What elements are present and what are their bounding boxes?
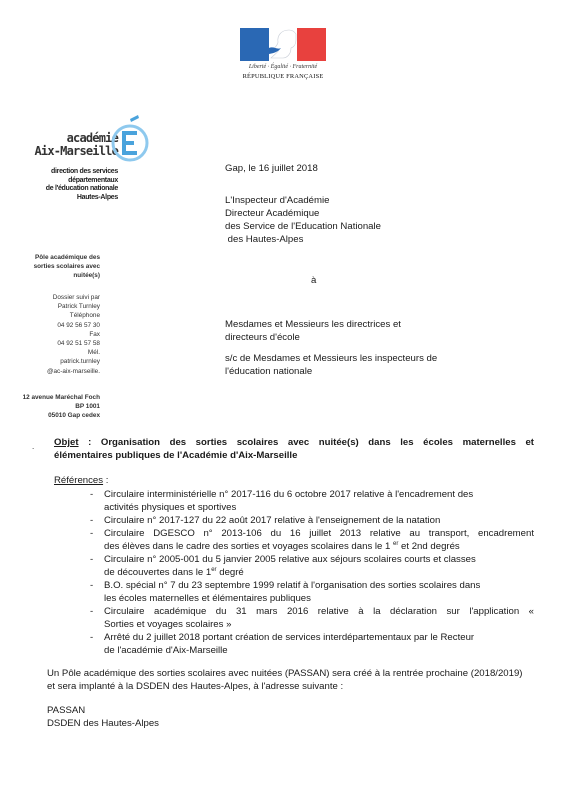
address-line: DSDEN des Hautes-Alpes	[47, 717, 159, 730]
reference-item: - B.O. spécial n° 7 du 23 septembre 1999…	[104, 579, 534, 605]
reference-item: - Circulaire DGESCO n° 2013-106 du 16 ju…	[104, 527, 534, 553]
academie-region: Aix-Marseille	[34, 145, 118, 158]
reference-line: activités physiques et sportives	[104, 501, 534, 514]
references-label: Références	[54, 475, 103, 486]
dash-bullet: -	[90, 488, 93, 501]
flag-white-band	[269, 28, 297, 61]
reference-line: Circulaire académique du 31 mars 2016 re…	[104, 605, 534, 618]
recipients-block: Mesdames et Messieurs les directrices et…	[225, 318, 401, 344]
reference-text: des élèves dans le cadre des sorties et …	[104, 541, 393, 552]
sender-line: L'Inspecteur d'Académie	[225, 194, 381, 207]
address-block: PASSAN DSDEN des Hautes-Alpes	[47, 704, 159, 730]
direction-line: départementaux	[46, 177, 118, 186]
cc-line: l'éducation nationale	[225, 365, 437, 378]
recipient-line: directeurs d'école	[225, 331, 401, 344]
reference-line: Circulaire interministérielle n° 2017-11…	[104, 488, 534, 501]
reference-line: Circulaire n° 2005-001 du 5 janvier 2005…	[104, 553, 534, 566]
cc-block: s/c de Mesdames et Messieurs les inspect…	[225, 352, 437, 378]
dash-bullet: -	[90, 514, 93, 527]
reference-text: et 2nd degrés	[398, 541, 459, 552]
paragraph-line: et sera implanté à la DSDEN des Hautes-A…	[47, 680, 547, 693]
reference-item: - Circulaire n° 2005-001 du 5 janvier 20…	[104, 553, 534, 579]
dash-bullet: -	[90, 631, 93, 644]
direction-line: direction des services	[46, 168, 118, 177]
address-line: PASSAN	[47, 704, 159, 717]
reference-item: - Circulaire n° 2017-127 du 22 août 2017…	[104, 514, 534, 527]
republique-francaise-logo: Liberté · Égalité · Fraternité RÉPUBLIQU…	[240, 28, 326, 84]
sender-line: des Hautes-Alpes	[225, 233, 381, 246]
body-paragraph: Un Pôle académique des sorties scolaires…	[47, 667, 547, 693]
reference-line: B.O. spécial n° 7 du 23 septembre 1999 r…	[104, 579, 534, 592]
email-label: Mél.	[47, 348, 100, 357]
place-date: Gap, le 16 juillet 2018	[225, 162, 318, 175]
cc-line: s/c de Mesdames et Messieurs les inspect…	[225, 352, 437, 365]
service-line: nuitée(s)	[34, 271, 100, 280]
object-block: Objet : Organisation des sorties scolair…	[54, 436, 534, 462]
contact-label: Dossier suivi par	[47, 293, 100, 302]
object-text: Organisation des sorties scolaires avec …	[101, 437, 534, 448]
email-domain: @ac-aix-marseille.	[47, 367, 100, 376]
address-city: 05010 Gap cedex	[23, 411, 100, 420]
republic-motto: Liberté · Égalité · Fraternité	[240, 63, 326, 71]
reference-item: - Circulaire interministérielle n° 2017-…	[104, 488, 534, 514]
direction-services: direction des services départementaux de…	[46, 168, 118, 202]
reference-line: les écoles maternelles et élémentaires p…	[104, 592, 534, 605]
dash-bullet: -	[90, 553, 93, 566]
reference-text: de découvertes dans le 1	[104, 567, 211, 578]
phone-number: 04 92 56 57 30	[47, 321, 100, 330]
service-line: sorties scolaires avec	[34, 262, 100, 271]
fax-label: Fax	[47, 330, 100, 339]
reference-line: Arrêté du 2 juillet 2018 portant créatio…	[104, 631, 534, 644]
reference-item: - Circulaire académique du 31 mars 2016 …	[104, 605, 534, 631]
margin-mark: .	[32, 440, 34, 453]
sidebar-service: Pôle académique des sorties scolaires av…	[34, 253, 100, 281]
sender-line: des Service de l'Education Nationale	[225, 220, 381, 233]
references-separator: :	[103, 475, 108, 486]
object-label: Objet	[54, 437, 79, 448]
reference-item: - Arrêté du 2 juillet 2018 portant créat…	[104, 631, 534, 657]
reference-line: Circulaire n° 2017-127 du 22 août 2017 r…	[104, 514, 534, 527]
sender-block: L'Inspecteur d'Académie Directeur Académ…	[225, 194, 381, 246]
reference-line: Sorties et voyages scolaires »	[104, 618, 534, 631]
object-line-2: élémentaires publiques de l'Académie d'A…	[54, 449, 534, 462]
marianne-profile-icon	[269, 28, 297, 61]
phone-label: Téléphone	[47, 311, 100, 320]
reference-line: de découvertes dans le 1er degré	[104, 566, 534, 579]
academie-logo: académie Aix-Marseille direction des ser…	[20, 110, 150, 210]
direction-line: de l'éducation nationale	[46, 185, 118, 194]
academie-e-mark-icon	[110, 115, 150, 163]
address-street: 12 avenue Maréchal Foch	[23, 393, 100, 402]
sidebar-contact: Dossier suivi par Patrick Turnley Téléph…	[47, 293, 100, 376]
addressee-to: à	[311, 274, 316, 287]
direction-line: Hautes-Alpes	[46, 194, 118, 203]
reference-line: des élèves dans le cadre des sorties et …	[104, 540, 534, 553]
sender-line: Directeur Académique	[225, 207, 381, 220]
recipient-line: Mesdames et Messieurs les directrices et	[225, 318, 401, 331]
object-line-1: Objet : Organisation des sorties scolair…	[54, 436, 534, 449]
service-line: Pôle académique des	[34, 253, 100, 262]
reference-text: degré	[217, 567, 244, 578]
dash-bullet: -	[90, 527, 93, 540]
republic-name: RÉPUBLIQUE FRANÇAISE	[240, 73, 326, 81]
fax-number: 04 92 51 57 58	[47, 339, 100, 348]
dash-bullet: -	[90, 579, 93, 592]
paragraph-line: Un Pôle académique des sorties scolaires…	[47, 667, 547, 680]
flag-blue-band	[240, 28, 269, 61]
sidebar-address: 12 avenue Maréchal Foch BP 1001 05010 Ga…	[23, 393, 100, 421]
reference-line: de l'académie d'Aix-Marseille	[104, 644, 534, 657]
references-list: - Circulaire interministérielle n° 2017-…	[104, 488, 534, 657]
object-separator: :	[79, 437, 101, 448]
email-user: patrick.turnley	[47, 357, 100, 366]
flag-red-band	[297, 28, 326, 61]
address-bp: BP 1001	[23, 402, 100, 411]
references-heading: Références :	[54, 474, 108, 487]
reference-line: Circulaire DGESCO n° 2013-106 du 16 juil…	[104, 527, 534, 540]
dash-bullet: -	[90, 605, 93, 618]
contact-name: Patrick Turnley	[47, 302, 100, 311]
